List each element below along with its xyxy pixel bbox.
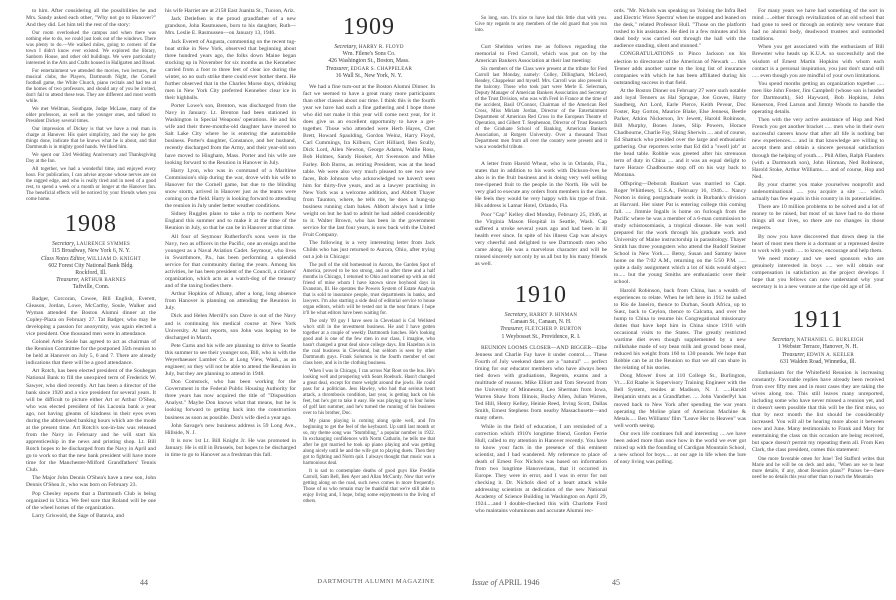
paragraph: Doug Mower lives at 110 College St., Bur… — [614, 373, 746, 429]
paragraph: The Major John Dennis O'Shea's have a ne… — [26, 475, 156, 489]
paragraph: The following is a very interesting lett… — [303, 240, 435, 261]
paragraph: Arthur Hopkins of Albany, after a long, … — [165, 291, 296, 312]
paragraph: While in the field of education, I am re… — [475, 424, 607, 516]
quote-paragraph: My piano playing is coming along quite w… — [303, 419, 435, 467]
paragraph: REUNION LOOMS CLOSER—AND BIGGER—Elbe Jen… — [475, 345, 607, 423]
class-year-heading: 1910 — [475, 282, 607, 308]
class-year-heading: 1909 — [303, 14, 435, 40]
paragraph: It is now 1st Lt. Bill Knight Jr. He was… — [165, 438, 296, 459]
paragraph: Curt Sheldon writes me as follows regard… — [475, 44, 607, 65]
paragraph: Harry Lyon, who was in command of a Mari… — [165, 168, 296, 210]
quote-paragraph: For entertainment we attended the movies… — [26, 69, 156, 105]
class-officers: Secretary, NATHANIEL G. BURLEIGH 1 Webst… — [752, 337, 884, 366]
paragraph: Don Comstock, who has been working for t… — [165, 379, 296, 421]
quote-paragraph: We spent our 33rd Wedding Anniversary an… — [26, 153, 156, 165]
paragraph: Offspring—Deborah Bankart was married to… — [614, 181, 746, 287]
paragraph: John Savage's new business address is 59… — [165, 423, 296, 437]
paragraph: Then with the very active assistance of … — [752, 117, 884, 180]
quote-paragraph: It is sad to contemplate deaths of good … — [303, 469, 435, 505]
issue-date-footer: Issue of APRIL 1946 — [472, 578, 540, 587]
paragraph: Colonel Artie Soule has agreed to act as… — [26, 339, 156, 367]
paragraph: Pop Chesley reports that a Dartmouth Clu… — [26, 491, 156, 512]
paragraph: You spend months getting an organization… — [752, 81, 884, 116]
column-6: For many years we have had something of … — [752, 8, 884, 483]
paragraph: There are 10 million problems to be solv… — [752, 204, 884, 232]
quote-paragraph: Our room overlooked the campus and when … — [26, 31, 156, 67]
quote-paragraph: One more favorable omen for June! Ted St… — [752, 457, 884, 481]
page-number-right: 45 — [612, 578, 620, 587]
quote-paragraph: All together, we had a wonderful time, a… — [26, 167, 156, 203]
quote-paragraph: We met Wellman, Southgate, Judge McLane,… — [26, 107, 156, 125]
paragraph: Dick and Helen Merrill's son Dave is out… — [165, 313, 296, 341]
column-5: ords. "Mr. Nichols was speaking on 'Join… — [614, 8, 746, 466]
quote-paragraph: So long, son. It's nice to have had this… — [475, 16, 607, 34]
paragraph: to him. After considering all the possib… — [26, 8, 156, 29]
paragraph: Larry Griswold, the Sage of Batavia, and — [26, 513, 156, 520]
paragraph: Art Rotch, has been elected president of… — [26, 368, 156, 474]
paragraph: Jack Detlefsen is the proud grandfather … — [165, 16, 296, 37]
paragraph: Sidney Ruggles plans to take a trip to n… — [165, 211, 296, 232]
paragraph: All four of Seymour Rutherford's sons we… — [165, 234, 296, 290]
quote-paragraph: When I was in Chicago, I ran across Nat … — [303, 369, 435, 417]
column-4: So long, son. It's nice to have had this… — [475, 8, 607, 515]
column-1: to him. After considering all the possib… — [26, 8, 156, 520]
magazine-title-footer: DARTMOUTH ALUMNI MAGAZINE — [311, 578, 441, 585]
paragraph: CONGRATULATIONS to Pinco Jackson on his … — [614, 51, 746, 86]
paragraph: Porter Lowe's son, Brenton, was discharg… — [165, 103, 296, 166]
paragraph: When you get associated with the enthusi… — [752, 44, 884, 79]
paragraph: By your charter you make yourselves nonp… — [752, 182, 884, 203]
class-officers: Secretary, LAURENCE SYMMES 115 Broadway,… — [26, 241, 156, 291]
paragraph: Harold Robinson, back from China, has a … — [614, 288, 746, 373]
quote-paragraph: The pull of the old homestead in Aurora,… — [303, 263, 435, 317]
paragraph: Jack Everett of Augusta, commenting on t… — [165, 39, 296, 102]
paragraph: his wife Harriet are at 2158 East Juanit… — [165, 8, 296, 15]
paragraph: We had a fine turn-out at the Boston Alu… — [303, 84, 435, 239]
class-year-heading: 1911 — [752, 307, 884, 333]
quote-paragraph: Six members of the Class were present at… — [475, 67, 607, 151]
paragraph: Badger, Corcoran, Cowee, Bill English, E… — [26, 296, 156, 338]
paragraph: Our own life continues full and interest… — [614, 431, 746, 466]
paragraph: Enthusiasm for the Whitefield Reunion is… — [752, 370, 884, 455]
page-number-left: 44 — [140, 578, 148, 587]
column-3: 1909 Secretary, HARRY R. FLOYD Wm. Filen… — [303, 8, 435, 507]
quote-paragraph: The only '09 guy I have seen in Clevelan… — [303, 319, 435, 367]
class-year-heading: 1908 — [26, 211, 156, 237]
paragraph: ords. "Mr. Nichols was speaking on 'Join… — [614, 8, 746, 50]
paragraph: By now you have discovered that down dee… — [752, 234, 884, 255]
paragraph: Pete Carns and his wife are planning to … — [165, 343, 296, 378]
class-officers: Secretary, HARRY P. HINMAN Canaan St., C… — [475, 312, 607, 341]
class-officers: Secretary, HARRY R. FLOYD Wm. Filene's S… — [303, 44, 435, 80]
paragraph: For many years we have had something of … — [752, 8, 884, 43]
paragraph: We need money and we need sponsors who a… — [752, 256, 884, 291]
quote-paragraph: Our impression of Dickey is that we have… — [26, 127, 156, 151]
paragraph: Poor "Cap" Kelley died Monday, February … — [475, 212, 607, 268]
paragraph: A letter from Harold Wheat, who is in Or… — [475, 161, 607, 210]
paragraph: At the Boston Dinner on February 27 were… — [614, 88, 746, 180]
column-2: his wife Harriet are at 2158 East Juanit… — [165, 8, 296, 459]
